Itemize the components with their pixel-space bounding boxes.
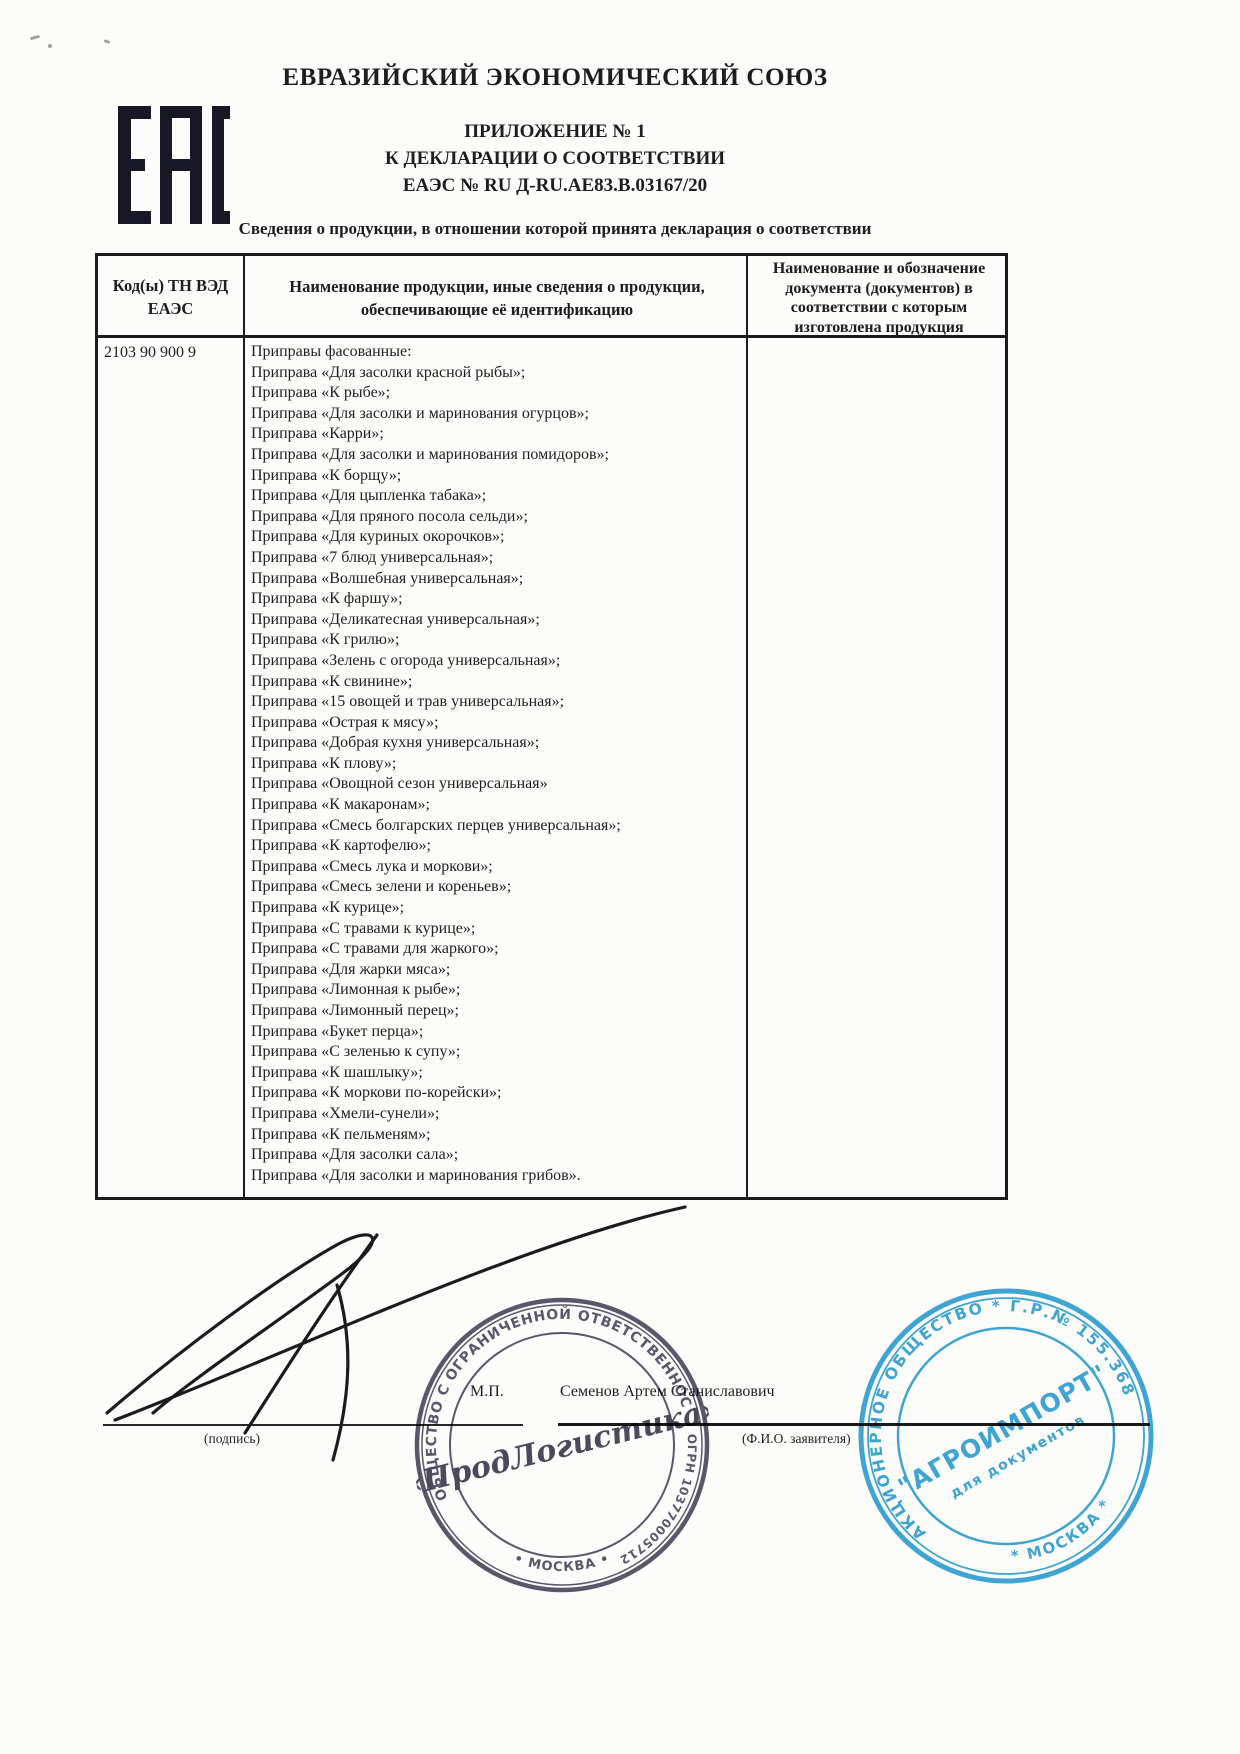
product-line: Приправа «К шашлыку»; [251, 1063, 743, 1084]
product-line: Приправа «К пельменям»; [251, 1125, 743, 1146]
product-line: Приправа «С зеленью к супу»; [251, 1042, 743, 1063]
signature-line [103, 1424, 523, 1426]
table-header-row: Код(ы) ТН ВЭД ЕАЭС Наименование продукци… [98, 256, 1005, 338]
product-line: Приправы фасованные: [251, 342, 743, 363]
svg-text:* МОСКВА *: * МОСКВА * [1004, 1491, 1123, 1577]
product-line: Приправа «Лимонная к рыбе»; [251, 980, 743, 1001]
appendix-line-1: ПРИЛОЖЕНИЕ № 1 [0, 118, 1110, 145]
product-line: Приправа «С травами для жаркого»; [251, 939, 743, 960]
product-line: Приправа «Хмели-сунели»; [251, 1104, 743, 1125]
header-code-column: Код(ы) ТН ВЭД ЕАЭС [100, 274, 241, 320]
black-stamp-ring-ogrn: ОГРН 1037700057120 [388, 1271, 719, 1601]
product-line: Приправа «Для пряного посола сельди»; [251, 507, 743, 528]
applicant-name-line [558, 1423, 1150, 1426]
blue-stamp-ring-city: * МОСКВА * [1004, 1491, 1123, 1577]
product-line: Приправа «Лимонный перец»; [251, 1001, 743, 1022]
product-line: Приправа «К борщу»; [251, 466, 743, 487]
scan-speck [104, 39, 111, 44]
black-stamp-ring-city: • МОСКВА • [510, 1535, 613, 1585]
product-line: Приправа «К картофелю»; [251, 836, 743, 857]
product-line: Приправа «Для засолки и маринования поми… [251, 445, 743, 466]
product-line: Приправа «С травами к курице»; [251, 919, 743, 940]
product-line: Приправа «Овощной сезон универсальная» [251, 774, 743, 795]
column-divider [243, 256, 245, 1197]
declaration-number: ЕАЭС № RU Д-RU.АЕ83.В.03167/20 [0, 172, 1110, 199]
product-line: Приправа «Смесь болгарских перцев универ… [251, 816, 743, 837]
appendix-block: ПРИЛОЖЕНИЕ № 1 К ДЕКЛАРАЦИИ О СООТВЕТСТВ… [0, 118, 1110, 199]
product-line: Приправа «Смесь лука и моркови»; [251, 857, 743, 878]
stamp-place-label: М.П. [470, 1383, 504, 1401]
product-line: Приправа «Для жарки мяса»; [251, 960, 743, 981]
header-product-column: Наименование продукции, иные сведения о … [258, 275, 736, 321]
scan-speck [48, 44, 52, 48]
product-line: Приправа «Для засолки и маринования гриб… [251, 1166, 743, 1187]
scanned-declaration-page: ЕВРАЗИЙСКИЙ ЭКОНОМИЧЕСКИЙ СОЮЗ ПРИЛОЖЕНИ… [0, 0, 1240, 1754]
product-line: Приправа «К плову»; [251, 754, 743, 775]
product-line: Приправа «Букет перца»; [251, 1022, 743, 1043]
product-line: Приправа «Волшебная универсальная»; [251, 569, 743, 590]
product-line: Приправа «К рыбе»; [251, 383, 743, 404]
product-line: Приправа «Деликатесная универсальная»; [251, 610, 743, 631]
products-table: Код(ы) ТН ВЭД ЕАЭС Наименование продукци… [95, 253, 1008, 1200]
product-line: Приправа «К макаронам»; [251, 795, 743, 816]
product-line: Приправа «15 овощей и трав универсальная… [251, 692, 743, 713]
tnved-code: 2103 90 900 9 [104, 344, 239, 362]
product-line: Приправа «К фаршу»; [251, 589, 743, 610]
header-documents-column: Наименование и обозначение документа (до… [754, 259, 1004, 337]
product-line: Приправа «Для куриных окорочков»; [251, 527, 743, 548]
prodlogistika-stamp: ОБЩЕСТВО С ОГРАНИЧЕННОЙ ОТВЕТСТВЕННОСТЬЮ… [388, 1271, 736, 1619]
product-line: Приправа «К свинине»; [251, 672, 743, 693]
column-divider [746, 256, 748, 1197]
scan-speck [30, 35, 40, 40]
black-stamp-company: «ПродЛогистика» [401, 1391, 724, 1503]
svg-text:• МОСКВА •: • МОСКВА • [510, 1535, 613, 1585]
union-title: ЕВРАЗИЙСКИЙ ЭКОНОМИЧЕСКИЙ СОЮЗ [0, 64, 1110, 92]
product-line: Приправа «К моркови по-корейски»; [251, 1083, 743, 1104]
product-line: Приправа «К курице»; [251, 898, 743, 919]
product-line: Приправа «Зелень с огорода универсальная… [251, 651, 743, 672]
agroimport-stamp: АКЦИОНЕРНОЕ ОБЩЕСТВО * Г.Р.№ 155.368 * М… [801, 1231, 1211, 1641]
svg-text:ОГРН 1037700057120: ОГРН 1037700057120 [388, 1271, 719, 1601]
product-line: Приправа «Для засолки красной рыбы»; [251, 363, 743, 384]
product-list: Приправы фасованные:Приправа «Для засолк… [251, 342, 743, 1186]
product-line: Приправа «Добрая кухня универсальная»; [251, 733, 743, 754]
product-line: Приправа «Карри»; [251, 424, 743, 445]
applicant-name: Семенов Артем Станиславович [560, 1383, 775, 1401]
blue-stamp-company: "АГРОИМПОРТ" [893, 1359, 1112, 1502]
product-line: Приправа «Для засолки и маринования огур… [251, 404, 743, 425]
table-caption: Сведения о продукции, в отношении которо… [0, 219, 1110, 239]
svg-text:АКЦИОНЕРНОЕ ОБЩЕСТВО * Г.Р.№ 1: АКЦИОНЕРНОЕ ОБЩЕСТВО * Г.Р.№ 155.368 [816, 1246, 1151, 1548]
blue-stamp-ring-top: АКЦИОНЕРНОЕ ОБЩЕСТВО * Г.Р.№ 155.368 [816, 1246, 1151, 1548]
product-line: Приправа «Для цыпленка табака»; [251, 486, 743, 507]
product-line: Приправа «Острая к мясу»; [251, 713, 743, 734]
product-line: Приправа «7 блюд универсальная»; [251, 548, 743, 569]
handwritten-signature [85, 1165, 745, 1475]
signature-caption: (подпись) [152, 1431, 312, 1447]
applicant-name-caption: (Ф.И.О. заявителя) [742, 1431, 851, 1447]
product-line: Приправа «Смесь зелени и кореньев»; [251, 877, 743, 898]
product-line: Приправа «Для засолки сала»; [251, 1145, 743, 1166]
product-line: Приправа «К грилю»; [251, 630, 743, 651]
appendix-line-2: К ДЕКЛАРАЦИИ О СООТВЕТСТВИИ [0, 145, 1110, 172]
